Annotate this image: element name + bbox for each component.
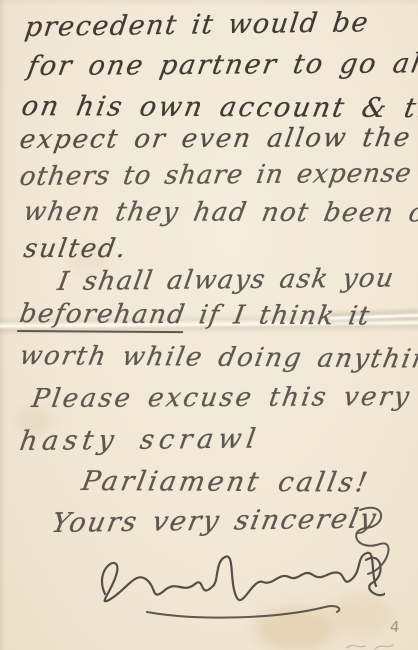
letter-paper: precedent it would be for one partner to… — [0, 0, 418, 650]
letter-line: worth while doing anything — [17, 341, 418, 375]
letter-line: Please excuse this very — [30, 382, 414, 414]
letter-line: hasty scrawl — [18, 423, 263, 457]
faint-pencil-marks — [345, 640, 395, 650]
letter-line: on his own account & then — [19, 91, 418, 124]
signature-scrawl — [85, 548, 385, 626]
letter-line-underlined: beforehand if I think it — [18, 299, 373, 331]
letter-line: expect or even allow the — [18, 123, 414, 155]
letter-line: Parliament calls! — [79, 466, 372, 499]
letter-line: I shall always ask you — [56, 263, 397, 297]
letter-line: sulted. — [22, 234, 130, 264]
pencil-page-number: 4 — [389, 618, 400, 637]
letter-line: for one partner to go ahead — [25, 48, 418, 82]
letter-line-valediction: Yours very sincerely — [49, 503, 380, 539]
letter-line-rest: if I think it — [183, 300, 373, 331]
letter-line: precedent it would be — [23, 7, 371, 43]
letter-line: when they had not been con- — [21, 197, 418, 229]
paper-edge-shading — [0, 0, 418, 6]
letter-line: others to share in expense — [18, 159, 414, 192]
underlined-word: beforehand — [17, 299, 188, 333]
